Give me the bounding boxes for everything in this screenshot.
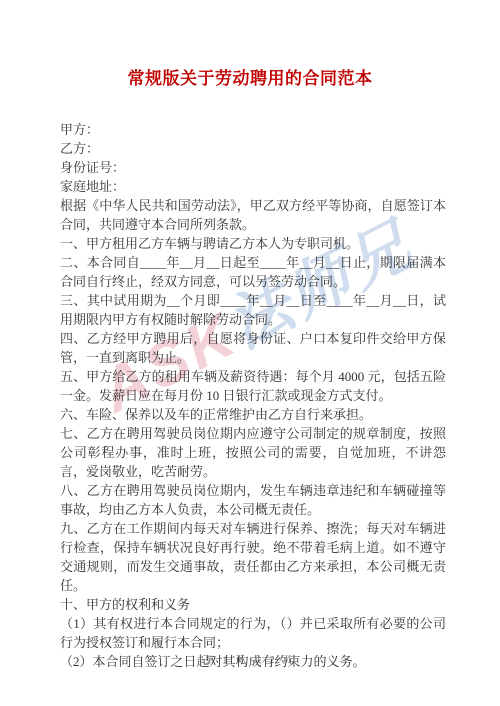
paragraph: 八、乙方在聘用驾驶员岗位期内，发生车辆违章违纪和车辆碰撞等事故，均由乙方本人负责… [60,481,446,519]
document-page: ASK法师兄 常规版关于劳动聘用的合同范本 甲方：乙方：身份证号：家庭地址：根据… [0,0,500,706]
paragraph: 身份证号： [60,158,446,177]
paragraph: 七、乙方在聘用驾驶员岗位期内应遵守公司制定的规章制度，按照公司彰程办事，准时上班… [60,424,446,481]
paragraph: 二、本合同自____年__月__日起至____年__月__日止，期限届满本合同自… [60,253,446,291]
paragraph: 乙方： [60,139,446,158]
page-number: 第 1 页 共 2 页 [0,653,500,666]
document-title: 常规版关于劳动聘用的合同范本 [0,0,500,89]
paragraph: 三、其中试用期为__个月即____年__月__日至____年__月__日，试用期… [60,291,446,329]
paragraph: 一、甲方租用乙方车辆与聘请乙方本人为专职司机。 [60,234,446,253]
paragraph: （1）其有权进行本合同规定的行为，（）并已采取所有必要的公司行为授权签订和履行本… [60,614,446,652]
document-body: 甲方：乙方：身份证号：家庭地址：根据《中华人民共和国劳动法》，甲乙双方经平等协商… [0,120,500,671]
paragraph: 五、甲方给乙方的租用车辆及薪资待遇：每个月 4000 元，包括五险一金。发薪日应… [60,367,446,405]
paragraph: 根据《中华人民共和国劳动法》，甲乙双方经平等协商，自愿签订本合同，共同遵守本合同… [60,196,446,234]
paragraph: 六、车险、保养以及车的正常维护由乙方自行来承担。 [60,405,446,424]
paragraph: 四、乙方经甲方聘用后，自愿将身份证、户口本复印件交给甲方保管，一直到离职为止。 [60,329,446,367]
paragraph: 九、乙方在工作期间内每天对车辆进行保养、擦洗；每天对车辆进行检查，保持车辆状况良… [60,519,446,595]
paragraph: 家庭地址： [60,177,446,196]
paragraph: 十、甲方的权利和义务 [60,595,446,614]
paragraph: 甲方： [60,120,446,139]
